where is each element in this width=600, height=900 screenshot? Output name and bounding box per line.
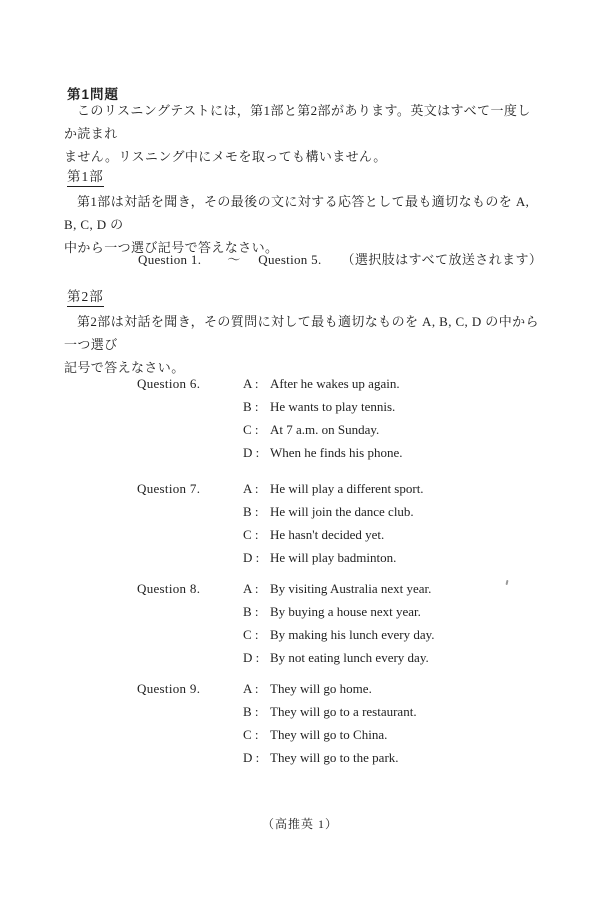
option-letter: B :	[243, 700, 263, 723]
option-row: B : He wants to play tennis.	[243, 395, 557, 418]
part2-body-paragraph: 第2部は対話を聞き，その質問に対して最も適切なものを A, B, C, D の中…	[64, 310, 544, 379]
option-row: A : They will go home.	[243, 677, 557, 700]
option-text: They will go to the park.	[270, 746, 399, 769]
range-note: （選択肢はすべて放送されます）	[342, 248, 543, 271]
option-letter: A :	[243, 677, 263, 700]
option-row: A : After he wakes up again.	[243, 372, 557, 395]
question-label: Question 9.	[137, 677, 200, 700]
part2-body-line1: 第2部は対話を聞き，その質問に対して最も適切なものを A, B, C, D の中…	[64, 310, 544, 356]
option-letter: D :	[243, 746, 263, 769]
part2-heading: 第2部	[67, 285, 104, 307]
option-row: C : He hasn't decided yet.	[243, 523, 557, 546]
option-text: He will join the dance club.	[270, 500, 414, 523]
option-letter: A :	[243, 372, 263, 395]
option-text: By visiting Australia next year.	[270, 577, 431, 600]
option-text: By making his lunch every day.	[270, 623, 435, 646]
question-block-6: Question 6. A : After he wakes up again.…	[137, 372, 557, 464]
option-letter: B :	[243, 500, 263, 523]
option-letter: C :	[243, 723, 263, 746]
page-footer: （高推英 1）	[0, 815, 600, 832]
option-row: C : They will go to China.	[243, 723, 557, 746]
option-letter: D :	[243, 546, 263, 569]
range-end: Question 5.	[258, 248, 321, 271]
option-letter: C :	[243, 623, 263, 646]
option-text: By buying a house next year.	[270, 600, 421, 623]
option-row: B : By buying a house next year.	[243, 600, 557, 623]
question-options: A : He will play a different sport. B : …	[243, 477, 557, 569]
section1-intro-line2: ません。リスニング中にメモを取っても構いません。	[64, 145, 540, 168]
part1-heading-wrap: 第1部	[67, 165, 104, 187]
option-row: B : He will join the dance club.	[243, 500, 557, 523]
part1-body-line1: 第1部は対話を聞き，その最後の文に対する応答として最も適切なものを A, B, …	[64, 190, 544, 236]
option-text: They will go home.	[270, 677, 372, 700]
option-text: At 7 a.m. on Sunday.	[270, 418, 379, 441]
question-block-9: Question 9. A : They will go home. B : T…	[137, 677, 557, 769]
option-row: A : He will play a different sport.	[243, 477, 557, 500]
part1-heading: 第1部	[67, 165, 104, 187]
option-letter: B :	[243, 600, 263, 623]
option-letter: C :	[243, 418, 263, 441]
question-options: A : They will go home. B : They will go …	[243, 677, 557, 769]
question-block-8: Question 8. A : By visiting Australia ne…	[137, 577, 557, 669]
option-row: D : By not eating lunch every day.	[243, 646, 557, 669]
exam-page: 第1問題 このリスニングテストには，第1部と第2部があります。英文はすべて一度し…	[0, 0, 600, 900]
option-row: D : They will go to the park.	[243, 746, 557, 769]
option-letter: D :	[243, 646, 263, 669]
option-text: He wants to play tennis.	[270, 395, 395, 418]
option-text: They will go to a restaurant.	[270, 700, 417, 723]
option-text: After he wakes up again.	[270, 372, 400, 395]
option-text: By not eating lunch every day.	[270, 646, 429, 669]
part2-heading-wrap: 第2部	[67, 285, 104, 307]
question-label: Question 8.	[137, 577, 200, 600]
range-start: Question 1.	[138, 248, 201, 271]
section1-intro-line1: このリスニングテストには，第1部と第2部があります。英文はすべて一度しか読まれ	[64, 99, 540, 145]
tilde-mark: ～	[227, 248, 240, 271]
option-letter: D :	[243, 441, 263, 464]
option-row: C : By making his lunch every day.	[243, 623, 557, 646]
option-letter: B :	[243, 395, 263, 418]
question-options: A : By visiting Australia next year. B :…	[243, 577, 557, 669]
part1-question-range: Question 1. ～ Question 5. （選択肢はすべて放送されます…	[138, 248, 542, 271]
option-row: D : He will play badminton.	[243, 546, 557, 569]
question-block-7: Question 7. A : He will play a different…	[137, 477, 557, 569]
option-text: They will go to China.	[270, 723, 387, 746]
option-text: He hasn't decided yet.	[270, 523, 384, 546]
question-label: Question 7.	[137, 477, 200, 500]
option-text: When he finds his phone.	[270, 441, 403, 464]
question-label: Question 6.	[137, 372, 200, 395]
option-letter: A :	[243, 477, 263, 500]
section1-intro-paragraph: このリスニングテストには，第1部と第2部があります。英文はすべて一度しか読まれ …	[64, 99, 540, 168]
option-letter: A :	[243, 577, 263, 600]
option-letter: C :	[243, 523, 263, 546]
option-row: C : At 7 a.m. on Sunday.	[243, 418, 557, 441]
option-text: He will play a different sport.	[270, 477, 424, 500]
option-row: B : They will go to a restaurant.	[243, 700, 557, 723]
option-text: He will play badminton.	[270, 546, 396, 569]
question-options: A : After he wakes up again. B : He want…	[243, 372, 557, 464]
option-row: D : When he finds his phone.	[243, 441, 557, 464]
option-row: A : By visiting Australia next year.	[243, 577, 557, 600]
